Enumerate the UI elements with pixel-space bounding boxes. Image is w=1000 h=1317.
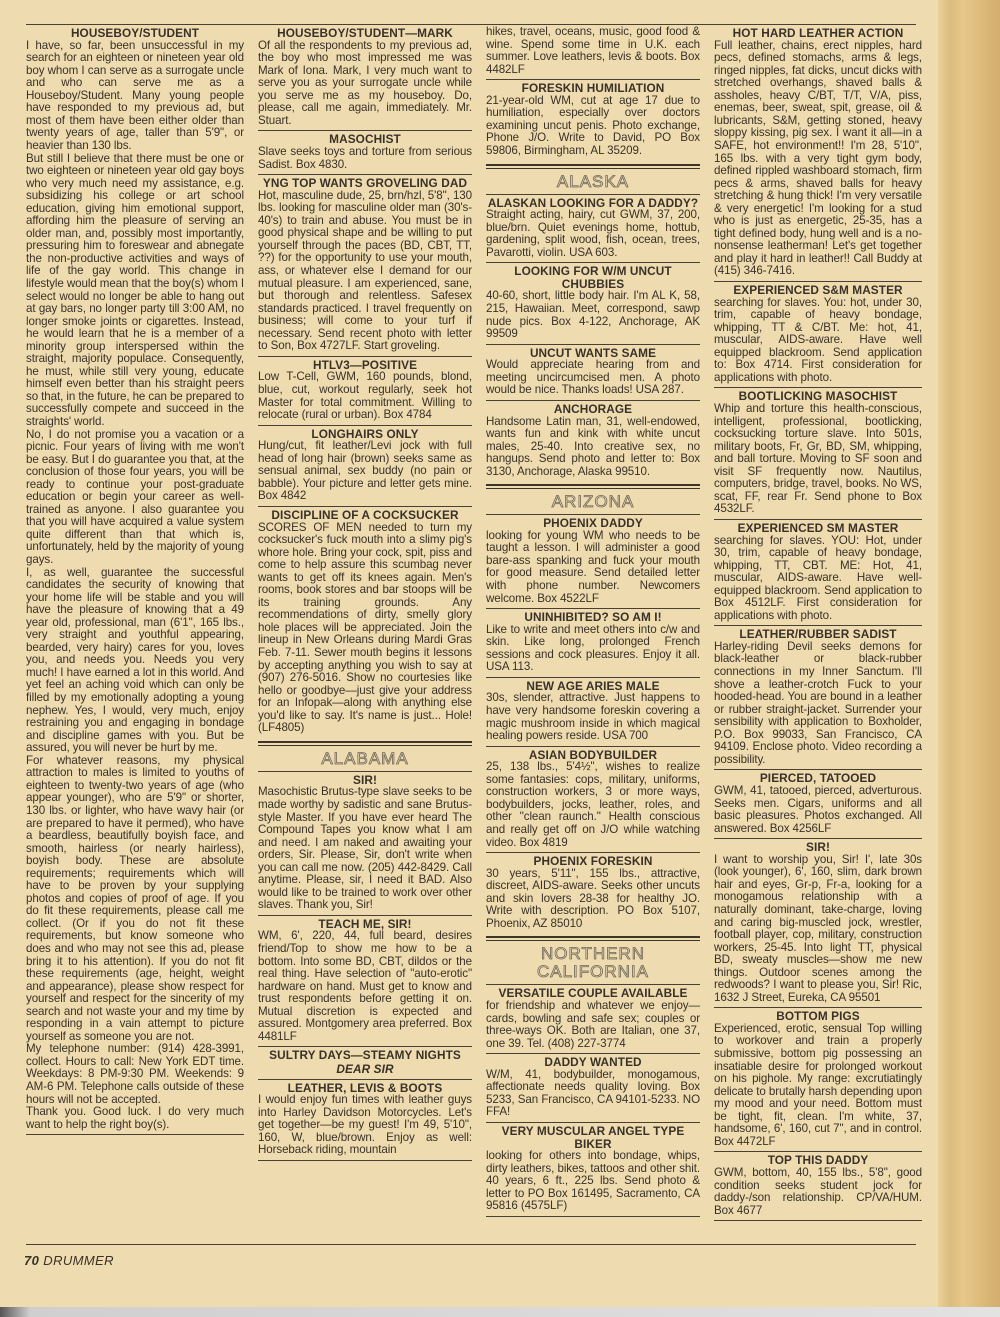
divider	[714, 519, 922, 520]
ad-title: LOOKING FOR W/M UNCUT CHUBBIES	[486, 265, 700, 290]
ad-title: YNG TOP WANTS GROVELING DAD	[258, 177, 472, 190]
classified-ad: TEACH ME, SIR!WM, 6', 220, 44, full bear…	[258, 918, 472, 1044]
divider	[486, 852, 700, 853]
divider	[714, 387, 922, 388]
ad-body: W/M, 41, bodybuilder, monogamous, affect…	[486, 1069, 700, 1119]
classified-ad: ANCHORAGEHandsome Latin man, 31, well-en…	[486, 403, 700, 478]
ad-title: HOUSEBOY/STUDENT—MARK	[258, 27, 472, 40]
ad-body: My telephone number: (914) 428-3991, col…	[26, 1043, 244, 1106]
divider	[714, 625, 922, 626]
ad-title: SULTRY DAYS—STEAMY NIGHTS	[258, 1049, 472, 1062]
divider	[258, 425, 472, 426]
ad-title: HOUSEBOY/STUDENT	[26, 27, 244, 40]
column-1: HOUSEBOY/STUDENTI have, so far, been uns…	[26, 26, 244, 1137]
ad-body: looking for others into bondage, whips, …	[486, 1150, 700, 1213]
divider	[258, 130, 472, 131]
divider	[486, 1122, 700, 1123]
classified-ad: PHOENIX FORESKIN30 years, 5'11", 155 lbs…	[486, 855, 700, 930]
column-4: HOT HARD LEATHER ACTIONFull leather, cha…	[714, 26, 922, 1223]
classified-ad: LONGHAIRS ONLYHung/cut, fit leather/Levi…	[258, 428, 472, 503]
ad-body: Handsome Latin man, 31, well-endowed, wa…	[486, 416, 700, 479]
ad-body: Hot, masculine dude, 25, brn/hzl, 5'8", …	[258, 190, 472, 353]
ad-body: I would enjoy fun times with leather guy…	[258, 1094, 472, 1157]
classified-ad: EXPERIENCED S&M MASTERsearching for slav…	[714, 284, 922, 384]
ad-body: 21-year-old WM, cut at age 17 due to hum…	[486, 95, 700, 158]
ad-body: I want to worship you, Sir! I', late 30s…	[714, 854, 922, 1005]
classified-ad: SULTRY DAYS—STEAMY NIGHTSDEAR SIR	[258, 1049, 472, 1075]
ad-title: HOT HARD LEATHER ACTION	[714, 27, 922, 40]
ad-body: Harley-riding Devil seeks demons for bla…	[714, 641, 922, 766]
divider	[714, 1007, 922, 1008]
ad-body: WM, 6', 220, 44, full beard, desires fri…	[258, 930, 472, 1043]
ad-subtitle: DEAR SIR	[258, 1063, 472, 1076]
ad-body: Experienced, erotic, sensual Top willing…	[714, 1023, 922, 1148]
classified-ad: TOP THIS DADDYGWM, bottom, 40, 155 lbs.,…	[714, 1154, 922, 1217]
classified-ad: HOUSEBOY/STUDENTI have, so far, been uns…	[26, 27, 244, 1131]
magazine-name: DRUMMER	[43, 1253, 114, 1268]
classified-ad: DADDY WANTEDW/M, 41, bodybuilder, monoga…	[486, 1056, 700, 1119]
ad-body: I, as well, guarantee the successful can…	[26, 567, 244, 755]
ad-body: Full leather, chains, erect nipples, har…	[714, 40, 922, 278]
divider	[258, 1079, 472, 1080]
classified-ad: NEW AGE ARIES MALE30s, slender, attracti…	[486, 680, 700, 743]
divider	[258, 1160, 472, 1161]
state-heading: ARIZONA	[486, 493, 700, 511]
ad-body: 30s, slender, attractive. Just happens t…	[486, 692, 700, 742]
ad-body: for friendship and whatever we enjoy—car…	[486, 1000, 700, 1050]
classified-ad: SIR!Masochistic Brutus-type slave seeks …	[258, 774, 472, 912]
ad-title: EXPERIENCED SM MASTER	[714, 522, 922, 535]
classified-ad: EXPERIENCED SM MASTERsearching for slave…	[714, 522, 922, 622]
classified-ad: LOOKING FOR W/M UNCUT CHUBBIES40-60, sho…	[486, 265, 700, 340]
ad-title: SIR!	[714, 841, 922, 854]
ad-body: Whip and torture this health-conscious, …	[714, 403, 922, 516]
ad-body: Low T-Cell, GWM, 160 pounds, blond, blue…	[258, 371, 472, 421]
classified-ad: UNCUT WANTS SAMEWould appreciate hearing…	[486, 347, 700, 397]
ad-body: Of all the respondents to my previous ad…	[258, 40, 472, 128]
state-heading: ALASKA	[486, 173, 700, 191]
divider	[486, 1053, 700, 1054]
divider	[714, 838, 922, 839]
ad-body: Like to write and meet others into c/w a…	[486, 624, 700, 674]
classified-ad: PIERCED, TATOOEDGWM, 41, tatooed, pierce…	[714, 772, 922, 835]
divider	[486, 514, 700, 515]
ad-body: 25, 138 lbs., 5'4½", wishes to realize s…	[486, 761, 700, 849]
classified-ad: PHOENIX DADDYlooking for young WM who ne…	[486, 517, 700, 605]
section-divider	[486, 164, 700, 169]
ad-body: searching for slaves. You: hot, under 30…	[714, 297, 922, 385]
classified-ad: SIR!I want to worship you, Sir! I', late…	[714, 841, 922, 1004]
ad-title: FORESKIN HUMILIATION	[486, 82, 700, 95]
column-2: HOUSEBOY/STUDENT—MARKOf all the responde…	[258, 26, 472, 1163]
ad-body: GWM, bottom, 40, 155 lbs., 5'8", good co…	[714, 1167, 922, 1217]
section-divider	[258, 741, 472, 746]
classified-ad: hikes, travel, oceans, music, good food …	[486, 26, 700, 76]
state-heading: NORTHERN CALIFORNIA	[486, 945, 700, 981]
ad-title: EXPERIENCED S&M MASTER	[714, 284, 922, 297]
ad-body: hikes, travel, oceans, music, good food …	[486, 26, 700, 76]
divider	[258, 771, 472, 772]
classified-ad: HTLV3—POSITIVELow T-Cell, GWM, 160 pound…	[258, 359, 472, 422]
divider	[486, 984, 700, 985]
divider	[486, 1216, 700, 1217]
classified-ad: BOOTLICKING MASOCHISTWhip and torture th…	[714, 390, 922, 516]
classified-ad: LEATHER, LEVIS & BOOTSI would enjoy fun …	[258, 1082, 472, 1157]
ad-title: VERY MUSCULAR ANGEL TYPE BIKER	[486, 1125, 700, 1150]
divider	[714, 1220, 922, 1221]
classified-ad: FORESKIN HUMILIATION21-year-old WM, cut …	[486, 82, 700, 157]
divider	[258, 506, 472, 507]
classified-ad: LEATHER/RUBBER SADISTHarley-riding Devil…	[714, 628, 922, 766]
ad-body: SCORES OF MEN needed to turn my cocksuck…	[258, 522, 472, 735]
ad-body: Would appreciate hearing from and meetin…	[486, 359, 700, 397]
ad-body: looking for young WM who needs to be tau…	[486, 530, 700, 605]
column-3: hikes, travel, oceans, music, good food …	[486, 26, 700, 1219]
ad-body: No, I do not promise you a vacation or a…	[26, 429, 244, 567]
ad-body: 30 years, 5'11", 155 lbs., attractive, d…	[486, 868, 700, 931]
divider	[486, 194, 700, 195]
divider	[486, 608, 700, 609]
section-divider	[486, 484, 700, 489]
ad-body: Masochistic Brutus-type slave seeks to b…	[258, 786, 472, 911]
ad-title: DADDY WANTED	[486, 1056, 700, 1069]
ad-body: But still I believe that there must be o…	[26, 153, 244, 429]
page-edge-shadow	[938, 0, 1000, 1317]
divider	[486, 677, 700, 678]
divider	[258, 1046, 472, 1047]
classified-ad: HOT HARD LEATHER ACTIONFull leather, cha…	[714, 27, 922, 278]
ad-body: Thank you. Good luck. I do very much wan…	[26, 1106, 244, 1131]
state-heading: ALABAMA	[258, 750, 472, 768]
divider	[714, 1151, 922, 1152]
divider	[258, 174, 472, 175]
ad-body: Hung/cut, fit leather/Levi jock with ful…	[258, 440, 472, 503]
page-bottom-edge	[0, 1307, 1000, 1317]
ad-body: searching for slaves. YOU: Hot, under 30…	[714, 535, 922, 623]
divider	[486, 400, 700, 401]
divider	[258, 915, 472, 916]
classified-ad: DISCIPLINE OF A COCKSUCKERSCORES OF MEN …	[258, 509, 472, 735]
page-footer: 70 DRUMMER	[24, 1253, 114, 1268]
divider	[258, 356, 472, 357]
classified-ad: VERY MUSCULAR ANGEL TYPE BIKERlooking fo…	[486, 1125, 700, 1213]
top-rule	[26, 24, 916, 25]
ad-title: UNINHIBITED? SO AM I!	[486, 611, 700, 624]
classified-ad: ALASKAN LOOKING FOR A DADDY?Straight act…	[486, 197, 700, 260]
divider	[486, 79, 700, 80]
ad-title: PHOENIX DADDY	[486, 517, 700, 530]
classified-ad: YNG TOP WANTS GROVELING DADHot, masculin…	[258, 177, 472, 353]
ad-title: DISCIPLINE OF A COCKSUCKER	[258, 509, 472, 522]
ad-title: ANCHORAGE	[486, 403, 700, 416]
ad-body: Slave seeks toys and torture from seriou…	[258, 146, 472, 171]
bottom-rule	[26, 1244, 916, 1245]
ad-body: Straight acting, hairy, cut GWM, 37, 200…	[486, 209, 700, 259]
divider	[714, 769, 922, 770]
ad-body: GWM, 41, tatooed, pierced, adverturous. …	[714, 785, 922, 835]
divider	[486, 746, 700, 747]
page-number: 70	[24, 1253, 39, 1268]
ad-title: PHOENIX FORESKIN	[486, 855, 700, 868]
ad-body: 40-60, short, little body hair. I'm AL K…	[486, 290, 700, 340]
divider	[26, 1134, 244, 1135]
classified-ad: BOTTOM PIGSExperienced, erotic, sensual …	[714, 1010, 922, 1148]
divider	[486, 344, 700, 345]
classified-ad: UNINHIBITED? SO AM I!Like to write and m…	[486, 611, 700, 674]
classified-ad: HOUSEBOY/STUDENT—MARKOf all the responde…	[258, 27, 472, 127]
ad-body: I have, so far, been unsuccessful in my …	[26, 40, 244, 153]
classified-ad: MASOCHISTSlave seeks toys and torture fr…	[258, 133, 472, 171]
classified-ad: VERSATILE COUPLE AVAILABLEfor friendship…	[486, 987, 700, 1050]
section-divider	[486, 936, 700, 941]
classified-ad: ASIAN BODYBUILDER25, 138 lbs., 5'4½", wi…	[486, 749, 700, 849]
divider	[486, 262, 700, 263]
ad-body: For whatever reasons, my physical attrac…	[26, 755, 244, 1044]
divider	[714, 281, 922, 282]
